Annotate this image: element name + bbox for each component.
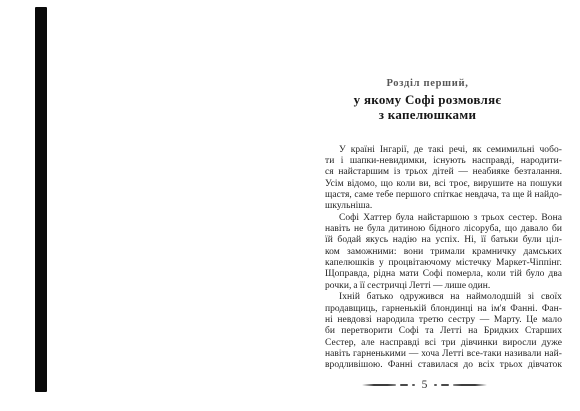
folio-rule-right-dot [434, 384, 437, 386]
page-number: 5 [419, 378, 431, 392]
folio-rule-left-long [362, 384, 396, 386]
text-line: їй бодай якусь надію на успіх. Ні, її ба… [325, 235, 562, 246]
text-line: капелюшків у процвітаючому містечку Марк… [325, 258, 562, 269]
folio-rule-right-long [453, 384, 487, 386]
text-line: Сестер, але насправді всі три дівчинки в… [325, 338, 562, 349]
text-line: вродливішою. Фанні ставилася до всіх трь… [325, 360, 562, 371]
chapter-kicker: Розділ перший, [309, 78, 546, 90]
text-line: шкульніша. [325, 201, 562, 212]
text-line: ся найстаршим із трьох дітей — неабияке … [325, 167, 562, 178]
body-text-column: У країні Інгарії, де такі речі, як семим… [325, 145, 562, 372]
text-line: ні невдовзі народила третю сестру — Март… [325, 315, 562, 326]
spine-edge-bar [35, 7, 47, 392]
text-line: Їхній батько одружився на наймолодшій зі… [325, 292, 562, 303]
text-line: навіть не була дитиною бідного лісоруба,… [325, 224, 562, 235]
chapter-heading: Розділ перший, у якому Софі розмовляє з … [309, 78, 546, 122]
text-line: У країні Інгарії, де такі речі, як семим… [325, 145, 562, 156]
chapter-title-line-2: з капелюшками [309, 108, 546, 123]
folio-rule-right-mid [441, 384, 449, 386]
text-line: навіть гарненькими — хоча Летті все-таки… [325, 349, 562, 360]
page-footer-folio: 5 [306, 377, 543, 393]
text-line: би перетворити Софі та Летті на Бридких … [325, 326, 562, 337]
text-line: Усім відомо, що коли ви, всі троє, вируш… [325, 179, 562, 190]
folio-rule-left-dot [412, 384, 415, 386]
book-page: Розділ перший, у якому Софі розмовляє з … [0, 0, 580, 411]
chapter-title-line-1: у якому Софі розмовляє [309, 93, 546, 108]
text-line: щастя, саме тебе першого спіткає невдача… [325, 190, 562, 201]
text-line: ти і шапки-невидимки, існують насправді,… [325, 156, 562, 167]
text-line: ком заможними: вони тримали крамничку да… [325, 247, 562, 258]
text-line: Софі Хаттер була найстаршою з трьох сест… [325, 213, 562, 224]
text-line: рочки, а її сестричці Летті — лише один. [325, 281, 562, 292]
text-line: продавщиць, гарненькій блондинці на ім'я… [325, 304, 562, 315]
folio-rule-left-mid [400, 384, 408, 386]
text-line: Щоправда, рідна мати Софі померла, коли … [325, 269, 562, 280]
